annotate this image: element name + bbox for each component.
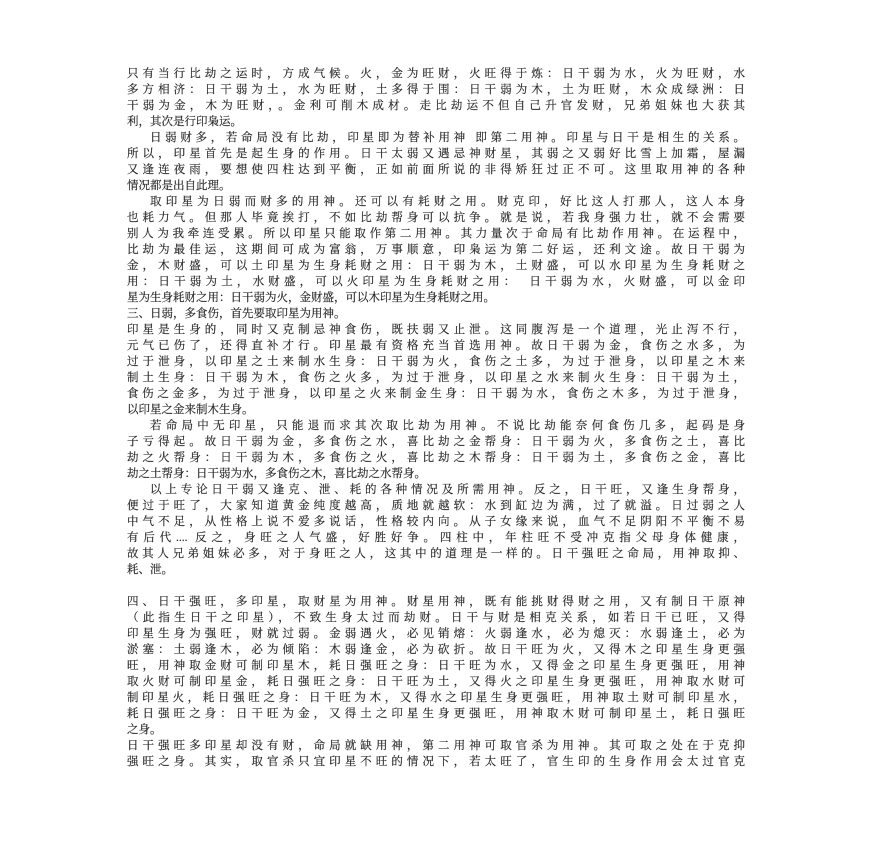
text-line: 取火财可制印星金，耗日强旺之身：日干旺为土，又得火之印星生身更强旺，用神取水财可: [127, 674, 745, 690]
text-line: 取印星为日弱而财多的用神。还可以有耗财之用。财克印，好比这人打那人，这人本身: [127, 194, 745, 210]
text-line: 只有当行比劫之运时，方成气候。火，金为旺财，火旺得于炼：日干弱为水，火为旺财，水: [127, 66, 745, 82]
text-line: 四、日干强旺，多印星，取财星为用神。财星用神，既有能挑财得财之用，又有制日干原神: [127, 594, 745, 610]
text-line: 多方相济：日干弱为土，水为旺财，土多得于围：日干弱为木，土为旺财，木众成绿洲：日: [127, 82, 745, 98]
text-line: 印星是生身的，同时又克制忌神食伤，既扶弱又止泄。这同腹泻是一个道理，光止泻不行，: [127, 322, 745, 338]
text-line: 利，其次是行印枭运。: [127, 114, 745, 130]
text-line: 之身。: [127, 722, 745, 738]
text-line: 又逢连夜雨，要想使四柱达到平衡，正如前面所说的非得矫狂过正不可。这里取用神的各种: [127, 162, 745, 178]
text-line: 中气不足，从性格上说不爱多说话，性格较内向。从子女缘来说，血气不足阴阳不平衡不易: [127, 514, 745, 530]
blank-line: [127, 578, 745, 594]
text-line: 日弱财多，若命局没有比劫，印星即为替补用神 即第二用神。印星与日干是相生的关系。: [127, 130, 745, 146]
text-line: 制印星火，耗日强旺之身：日干旺为木，又得水之印星生身更强旺，用神取土财可制印星水…: [127, 690, 745, 706]
text-line: 若命局中无印星，只能退而求其次取比劫为用神。不说比劫能奈何食伤几多，起码是身: [127, 418, 745, 434]
text-line: 子亏得起。故日干弱为金，多食伤之水，喜比劫之金帮身：日干弱为火，多食伤之土，喜比: [127, 434, 745, 450]
text-line: 比劫为最佳运，这期间可成为富翁，万事顺意，印枭运为第二好运，还利文途。故日干弱为: [127, 242, 745, 258]
text-line: 制土生身：日干弱为木，食伤之火多，为过于泄身，以印星之水来制火生身：日干弱为土，: [127, 370, 745, 386]
text-line: 元气已伤了，还得直补才行。印星最有资格充当首选用神。故日干弱为金，食伤之水多，为: [127, 338, 745, 354]
text-line: 以印星之金来制木生身。: [127, 402, 745, 418]
text-line: 日干强旺多印星却没有财，命局就缺用神，第二用神可取官杀为用神。其可取之处在于克抑: [127, 738, 745, 754]
text-line: 劫之火帮身：日干弱为木，多食伤之火，喜比劫之木帮身：日干弱为土，多食伤之金，喜比: [127, 450, 745, 466]
text-line: 别人为我牵连受累。所以印星只能取作第二用神。其力量次于命局有比劫作用神。在运程中…: [127, 226, 745, 242]
text-line: 星为生身耗财之用：日干弱为火，金财盛，可以木印星为生身耗财之用。: [127, 290, 745, 306]
text-line: 劫之土帮身：日干弱为水，多食伤之木，喜比劫之水帮身。: [127, 466, 745, 482]
text-line: 情况都是出自此理。: [127, 178, 745, 194]
text-line: 印星生身为强旺，财就过弱。金弱遇火，必见销熔：火弱逢水，必为熄灭：水弱逢土，必为: [127, 626, 745, 642]
text-line: 强旺之身。其实，取官杀只宜印星不旺的情况下，若太旺了，官生印的生身作用会太过官克: [127, 754, 745, 770]
text-line: 过于泄身，以印星之土来制水生身：日干弱为火，食伤之土多，为过于泄身，以印星之木来: [127, 354, 745, 370]
text-line: 三、日弱，多食伤，首先要取印星为用神。: [127, 306, 745, 322]
text-line: 金，木财盛，可以土印星为生身耗财之用：日干弱为木，土财盛，可以水印星为生身耗财之: [127, 258, 745, 274]
text-line: 耗、泄。: [127, 562, 745, 578]
text-line: 淤塞：土弱逢木，必为倾陷：木弱逢金，必为砍折。故日干旺为火，又得木之印星生身更强: [127, 642, 745, 658]
text-line: 用：日干弱为土，水财盛，可以火印星为生身耗财之用： 日干弱为水，火财盛，可以金印: [127, 274, 745, 290]
text-line: 有后代.... 反之，身旺之人气盛，好胜好争。四柱中，年柱旺不受冲克指父母身体健…: [127, 530, 745, 546]
text-line: 所以，印星首先是起生身的作用。日干太弱又遇忌神财星，其弱之又弱好比雪上加霜，屋漏: [127, 146, 745, 162]
text-line: 干弱为金，木为旺财，。金利可削木成材。走比劫运不但自己升官发财，兄弟姐妹也大获其: [127, 98, 745, 114]
text-line: 故其人兄弟姐妹必多，对于身旺之人，这其中的道理是一样的。日干强旺之命局，用神取抑…: [127, 546, 745, 562]
text-line: 也耗力气。但那人毕竟挨打，不如比劫帮身可以抗争。就是说，若我身强力壮，就不会需要: [127, 210, 745, 226]
document-page: 只有当行比劫之运时，方成气候。火，金为旺财，火旺得于炼：日干弱为水，火为旺财，水…: [0, 0, 870, 842]
text-line: 以上专论日干弱又逢克、泄、耗的各种情况及所需用神。反之，日干旺，又逢生身帮身，: [127, 482, 745, 498]
text-line: 耗日强旺之身：日干旺为金，又得土之印星生身更强旺，用神取木财可制印星土，耗日强旺: [127, 706, 745, 722]
text-line: 便过于旺了，大家知道黄金纯度越高，质地就越软：水到缸边为满，过了就溢。日过弱之人: [127, 498, 745, 514]
text-line: （此指生日干之印星），不致生身太过而劫财。日干与财是相克关系，如若日干已旺，又得: [127, 610, 745, 626]
page-text-block: 只有当行比劫之运时，方成气候。火，金为旺财，火旺得于炼：日干弱为水，火为旺财，水…: [127, 66, 745, 770]
text-line: 食伤之金多，为过于泄身，以印星之火来制金生身：日干弱为水，食伤之木多，为过于泄身…: [127, 386, 745, 402]
text-line: 旺，用神取金财可制印星木，耗日强旺之身：日干旺为水，又得金之印星生身更强旺，用神: [127, 658, 745, 674]
